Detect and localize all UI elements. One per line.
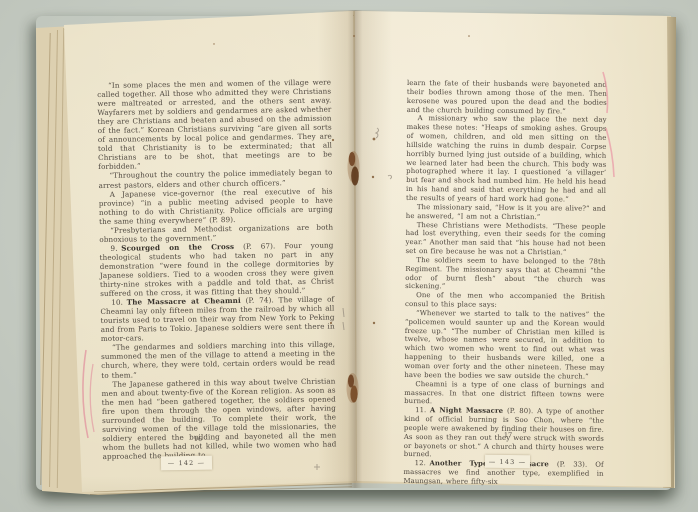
paragraph: A Japanese vice-governor (the real execu… — [99, 186, 334, 226]
signature-number-right: 17 — [488, 431, 528, 439]
page-number-label-right: — 143 — — [485, 455, 530, 468]
paragraph: “Whenever we started to talk to the nati… — [404, 309, 605, 381]
paragraph: “The gendarmes and soldiers marching int… — [101, 340, 336, 380]
paragraph: The missionary said, “How is it you are … — [406, 203, 606, 222]
paragraph: 9. Scourged on the Cross (P. 67). Four y… — [99, 240, 334, 298]
paragraph: These Christians were Methodists. “These… — [405, 220, 605, 257]
paragraph: The Japanese gathered in this way about … — [101, 376, 336, 461]
paragraph: 10. The Massacre at Cheamni (P. 74). The… — [100, 295, 335, 344]
open-book-photo: “In some places the men and women of the… — [0, 0, 698, 512]
left-page-text: “In some places the men and women of the… — [97, 78, 337, 461]
paragraph: The soldiers seem to have belonged to th… — [405, 256, 605, 293]
page-number-label-left: — 142 — — [161, 456, 212, 471]
paragraph: learn the fate of their husbands were ba… — [407, 79, 607, 116]
right-page-text: learn the fate of their husbands were ba… — [403, 79, 607, 488]
paragraph: A missionary who saw the place the next … — [406, 114, 607, 204]
paragraph: One of the men who accompanied the Briti… — [405, 291, 605, 310]
paragraph: “In some places the men and women of the… — [97, 78, 332, 172]
paragraph: Cheamni is a type of one class of burnin… — [404, 380, 604, 408]
signature-number-left: 16 — [178, 435, 218, 444]
